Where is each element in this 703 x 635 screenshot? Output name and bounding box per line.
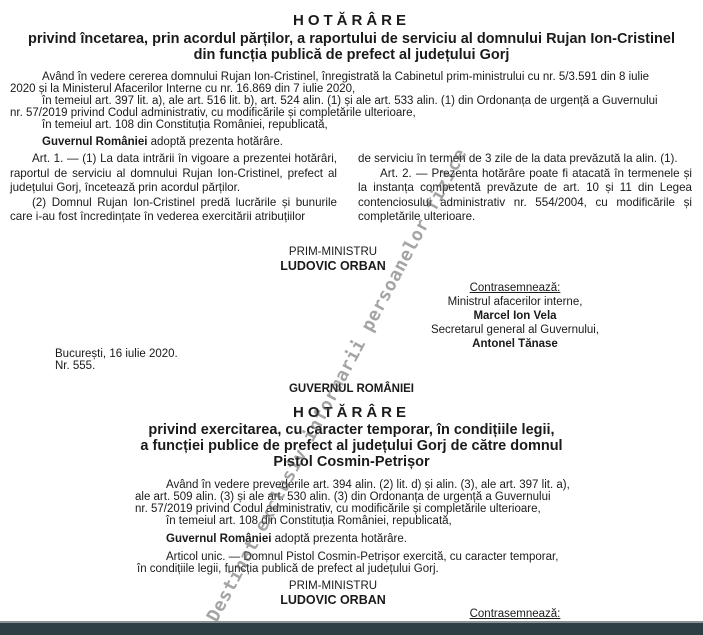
doc1-pm-title: PRIM-MINISTRU	[263, 245, 403, 259]
doc2-pm-title: PRIM-MINISTRU	[263, 579, 403, 593]
doc2-adopt-line: Guvernul României adoptă prezenta hotărâ…	[166, 533, 407, 545]
doc2-preamble-1: Având în vedere prevederile art. 394 ali…	[166, 479, 570, 491]
doc1-countersign-line: Antonel Tănase	[420, 337, 610, 351]
doc1-art2: Art. 2. — Prezenta hotărâre poate fi ata…	[358, 167, 692, 225]
doc1-adopt-rest: adoptă prezenta hotărâre.	[147, 136, 283, 148]
doc1-subtitle-line1: privind încetarea, prin acordul părților…	[0, 31, 703, 47]
doc2-issuer: GUVERNUL ROMÂNIEI	[0, 383, 703, 395]
doc2-preamble-3: nr. 57/2019 privind Codul administrativ,…	[135, 503, 541, 515]
doc1-countersign-line: Secretarul general al Guvernului,	[420, 323, 610, 337]
doc2-article-line2: în condițiile legii, funcția publică de …	[137, 563, 439, 575]
doc1-preamble-4: nr. 57/2019 privind Codul administrativ,…	[10, 107, 416, 119]
doc2-adopt-rest: adoptă prezenta hotărâre.	[271, 533, 407, 545]
doc2-preamble-4: în temeiul art. 108 din Constituția Româ…	[166, 515, 452, 527]
doc1-number: Nr. 555.	[55, 360, 95, 372]
doc2-countersign-block: Contrasemnează: Ministrul afacerilor int…	[420, 607, 610, 621]
doc1-preamble-1: Având în vedere cererea domnului Rujan I…	[42, 71, 649, 83]
doc1-title: HOTĂRÂRE	[0, 12, 703, 29]
doc2-title: HOTĂRÂRE	[0, 404, 703, 421]
doc1-art1-par2: (2) Domnul Rujan Ion-Cristinel predă luc…	[10, 196, 337, 225]
doc2-subtitle-line1: privind exercitarea, cu caracter tempora…	[0, 422, 703, 438]
doc2-article-line1: Articol unic. — Domnul Pistol Cosmin-Pet…	[166, 551, 558, 563]
doc1-countersign-line: Ministrul afacerilor interne,	[420, 295, 610, 309]
doc2-subtitle-line2: a funcției publice de prefect al județul…	[0, 438, 703, 454]
doc2-preamble-2: ale art. 509 alin. (3) și ale art. 530 a…	[135, 491, 551, 503]
doc1-column-right: de serviciu în termen de 3 zile de la da…	[358, 152, 692, 225]
doc1-preamble-3: în temeiul art. 397 lit. a), ale art. 51…	[42, 95, 658, 107]
doc1-art1-continuation: de serviciu în termen de 3 zile de la da…	[358, 152, 692, 167]
doc1-art1-par1: Art. 1. — (1) La data intrării în vigoar…	[10, 152, 337, 196]
doc1-countersign-block: Contrasemnează: Ministrul afacerilor int…	[420, 281, 610, 351]
doc2-countersign-label: Contrasemnează:	[420, 607, 610, 621]
doc1-place-date: București, 16 iulie 2020.	[55, 348, 178, 360]
document-page: HOTĂRÂRE privind încetarea, prin acordul…	[0, 0, 703, 621]
doc1-adopt-bold: Guvernul României	[42, 136, 147, 148]
doc1-countersign-line: Marcel Ion Vela	[420, 309, 610, 323]
viewer-bottom-bar	[0, 623, 703, 635]
doc1-preamble-5: în temeiul art. 108 din Constituția Româ…	[42, 119, 328, 131]
doc1-adopt-line: Guvernul României adoptă prezenta hotărâ…	[42, 136, 283, 148]
doc1-subtitle-line2: din funcția publică de prefect al județu…	[0, 47, 703, 63]
doc1-preamble-2: 2020 și la Ministerul Afacerilor Interne…	[10, 83, 355, 95]
doc1-countersign-label: Contrasemnează:	[420, 281, 610, 295]
doc1-column-left: Art. 1. — (1) La data intrării în vigoar…	[10, 152, 337, 225]
doc1-pm-name: LUDOVIC ORBAN	[263, 259, 403, 273]
doc2-subtitle-line3: Pistol Cosmin-Petrișor	[0, 454, 703, 470]
doc2-pm-name: LUDOVIC ORBAN	[263, 593, 403, 607]
